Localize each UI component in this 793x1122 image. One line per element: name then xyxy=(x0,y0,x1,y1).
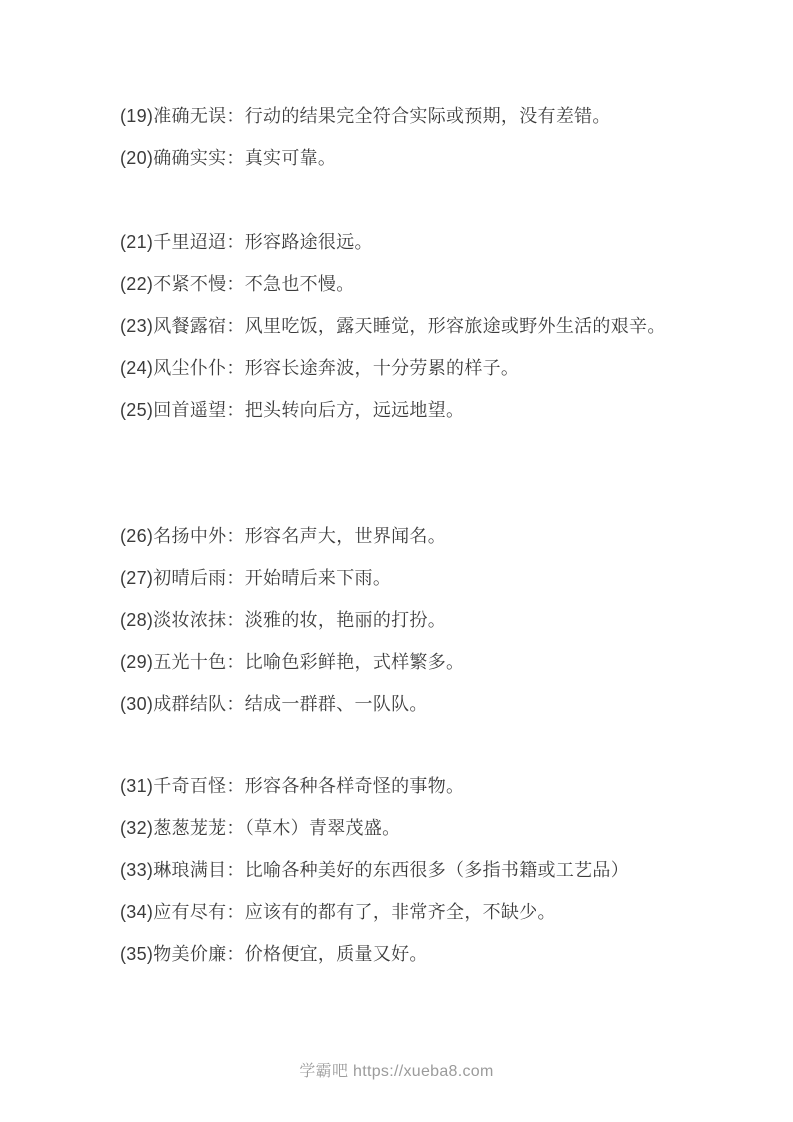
entry-term: 五光十色 xyxy=(153,652,226,672)
entry-definition: 比喻各种美好的东西很多（多指书籍或工艺品） xyxy=(245,860,629,880)
page-footer: 学霸吧 https://xueba8.com xyxy=(0,1059,793,1085)
entry-20: (20)确确实实：真实可靠。 xyxy=(120,137,733,179)
entry-25: (25)回首遥望：把头转向后方，远远地望。 xyxy=(120,389,733,431)
entry-colon: ： xyxy=(226,902,244,922)
entry-definition: 结成一群群、一队队。 xyxy=(245,694,428,714)
entry-term: 初晴后雨 xyxy=(153,568,226,588)
entry-28: (28)淡妆浓抹：淡雅的妆，艳丽的打扮。 xyxy=(120,599,733,641)
entry-term: 名扬中外 xyxy=(153,526,226,546)
idiom-list: (19)准确无误：行动的结果完全符合实际或预期，没有差错。 (20)确确实实：真… xyxy=(120,95,733,975)
entry-definition: 风里吃饭，露天睡觉，形容旅途或野外生活的艰辛。 xyxy=(245,316,666,336)
entry-term: 葱葱茏茏 xyxy=(153,818,226,838)
entry-term: 风餐露宿 xyxy=(153,316,226,336)
entry-colon: ： xyxy=(226,274,244,294)
entry-colon: ： xyxy=(226,818,244,838)
document-page: (19)准确无误：行动的结果完全符合实际或预期，没有差错。 (20)确确实实：真… xyxy=(0,0,793,1122)
entry-colon: ： xyxy=(226,148,244,168)
entry-32: (32)葱葱茏茏：（草木）青翠茂盛。 xyxy=(120,807,733,849)
entry-colon: ： xyxy=(226,526,244,546)
entry-number: (33) xyxy=(120,860,153,880)
entry-colon: ： xyxy=(226,610,244,630)
entry-definition: 比喻色彩鲜艳，式样繁多。 xyxy=(245,652,465,672)
entry-number: (19) xyxy=(120,106,153,126)
entry-number: (24) xyxy=(120,358,153,378)
entry-number: (21) xyxy=(120,232,153,252)
entry-definition: 应该有的都有了，非常齐全，不缺少。 xyxy=(245,902,556,922)
entry-colon: ： xyxy=(226,316,244,336)
entry-number: (28) xyxy=(120,610,153,630)
entry-22: (22)不紧不慢：不急也不慢。 xyxy=(120,263,733,305)
entry-35: (35)物美价廉：价格便宜，质量又好。 xyxy=(120,933,733,975)
entry-number: (22) xyxy=(120,274,153,294)
entry-term: 物美价廉 xyxy=(153,944,226,964)
entry-term: 千里迢迢 xyxy=(153,232,226,252)
entry-definition: （草木）青翠茂盛。 xyxy=(245,818,401,838)
entry-colon: ： xyxy=(226,358,244,378)
entry-term: 确确实实 xyxy=(153,148,226,168)
entry-definition: 淡雅的妆，艳丽的打扮。 xyxy=(245,610,446,630)
entry-30: (30)成群结队：结成一群群、一队队。 xyxy=(120,683,733,725)
entry-definition: 把头转向后方，远远地望。 xyxy=(245,400,465,420)
entry-23: (23)风餐露宿：风里吃饭，露天睡觉，形容旅途或野外生活的艰辛。 xyxy=(120,305,733,347)
entry-definition: 形容长途奔波，十分劳累的样子。 xyxy=(245,358,520,378)
idiom-group-2: (21)千里迢迢：形容路途很远。 (22)不紧不慢：不急也不慢。 (23)风餐露… xyxy=(120,221,733,431)
entry-colon: ： xyxy=(226,232,244,252)
entry-number: (35) xyxy=(120,944,153,964)
entry-number: (23) xyxy=(120,316,153,336)
entry-26: (26)名扬中外：形容名声大，世界闻名。 xyxy=(120,515,733,557)
entry-number: (29) xyxy=(120,652,153,672)
entry-term: 千奇百怪 xyxy=(153,776,226,796)
footer-site-name: 学霸吧 xyxy=(299,1063,348,1080)
entry-term: 不紧不慢 xyxy=(153,274,226,294)
entry-colon: ： xyxy=(226,944,244,964)
entry-definition: 开始晴后来下雨。 xyxy=(245,568,391,588)
entry-number: (31) xyxy=(120,776,153,796)
entry-19: (19)准确无误：行动的结果完全符合实际或预期，没有差错。 xyxy=(120,95,733,137)
entry-colon: ： xyxy=(226,568,244,588)
entry-term: 准确无误 xyxy=(153,106,226,126)
entry-definition: 形容路途很远。 xyxy=(245,232,373,252)
entry-colon: ： xyxy=(226,652,244,672)
entry-colon: ： xyxy=(226,860,244,880)
entry-definition: 价格便宜，质量又好。 xyxy=(245,944,428,964)
entry-27: (27)初晴后雨：开始晴后来下雨。 xyxy=(120,557,733,599)
entry-definition: 真实可靠。 xyxy=(245,148,337,168)
entry-33: (33)琳琅满目：比喻各种美好的东西很多（多指书籍或工艺品） xyxy=(120,849,733,891)
entry-definition: 形容名声大，世界闻名。 xyxy=(245,526,446,546)
entry-term: 淡妆浓抹 xyxy=(153,610,226,630)
entry-number: (20) xyxy=(120,148,153,168)
entry-definition: 形容各种各样奇怪的事物。 xyxy=(245,776,465,796)
entry-34: (34)应有尽有：应该有的都有了，非常齐全，不缺少。 xyxy=(120,891,733,933)
entry-number: (34) xyxy=(120,902,153,922)
entry-number: (30) xyxy=(120,694,153,714)
entry-number: (32) xyxy=(120,818,153,838)
entry-term: 风尘仆仆 xyxy=(153,358,226,378)
entry-number: (26) xyxy=(120,526,153,546)
entry-29: (29)五光十色：比喻色彩鲜艳，式样繁多。 xyxy=(120,641,733,683)
entry-colon: ： xyxy=(226,776,244,796)
idiom-group-4: (31)千奇百怪：形容各种各样奇怪的事物。 (32)葱葱茏茏：（草木）青翠茂盛。… xyxy=(120,765,733,975)
entry-definition: 不急也不慢。 xyxy=(245,274,355,294)
entry-number: (27) xyxy=(120,568,153,588)
entry-colon: ： xyxy=(226,694,244,714)
idiom-group-1: (19)准确无误：行动的结果完全符合实际或预期，没有差错。 (20)确确实实：真… xyxy=(120,95,733,179)
entry-number: (25) xyxy=(120,400,153,420)
entry-21: (21)千里迢迢：形容路途很远。 xyxy=(120,221,733,263)
entry-31: (31)千奇百怪：形容各种各样奇怪的事物。 xyxy=(120,765,733,807)
entry-colon: ： xyxy=(226,106,244,126)
entry-definition: 行动的结果完全符合实际或预期，没有差错。 xyxy=(245,106,611,126)
entry-colon: ： xyxy=(226,400,244,420)
footer-url: https://xueba8.com xyxy=(353,1063,494,1080)
idiom-group-3: (26)名扬中外：形容名声大，世界闻名。 (27)初晴后雨：开始晴后来下雨。 (… xyxy=(120,515,733,725)
entry-24: (24)风尘仆仆：形容长途奔波，十分劳累的样子。 xyxy=(120,347,733,389)
entry-term: 琳琅满目 xyxy=(153,860,226,880)
entry-term: 成群结队 xyxy=(153,694,226,714)
entry-term: 应有尽有 xyxy=(153,902,226,922)
entry-term: 回首遥望 xyxy=(153,400,226,420)
